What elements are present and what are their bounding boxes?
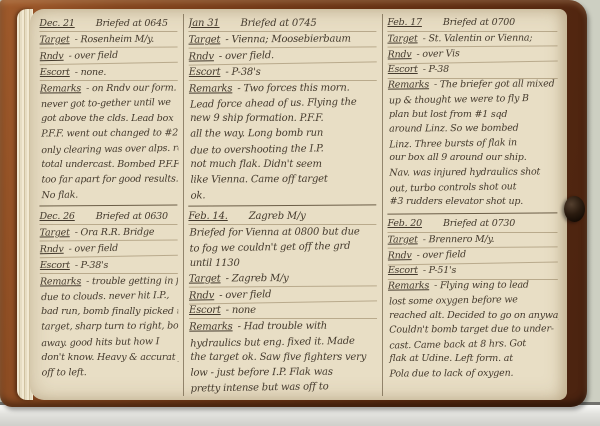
entry-field-line: Escort- none: [189, 303, 377, 319]
field-label: Remarks: [189, 322, 233, 333]
entry-text-line: total undercast. Bombed P.F.F.; boxes: [40, 157, 178, 172]
field-text: - over Vis: [416, 48, 459, 60]
field-text: No flak.: [42, 190, 79, 202]
entry-text-line: the target ok. Saw five fighters very: [189, 350, 377, 365]
entry-text-line: lost some oxygen before we: [388, 292, 558, 310]
field-label: Rndv: [189, 290, 214, 301]
entry-text-line: bad run, bomb finally picked up: [40, 304, 178, 319]
field-text: pretty intense but was off to: [190, 382, 328, 395]
field-text: #3 rudders elevator shot up.: [390, 196, 524, 207]
entry-text-line: got above the clds. Lead box: [40, 111, 178, 126]
field-text: Briefed for Vienna at 0800 but due: [189, 227, 359, 239]
entry-text-line: not much flak. Didn't seem: [189, 157, 377, 172]
field-text: the target ok. Saw five fighters very: [190, 352, 366, 363]
entry-text-line: target, sharp turn to right, bombs: [40, 319, 178, 335]
entry-header-line: Feb. 20Briefed at 0730: [387, 217, 557, 233]
field-text: too far apart for good results.: [41, 173, 178, 185]
journal-entry: Dec. 26Briefed at 0630Target- Ora R.R. B…: [39, 205, 178, 381]
entry-text-line: out, turbo controls shot out: [388, 179, 558, 197]
field-text: Briefed at 0730: [443, 218, 515, 229]
field-label: Remarks: [388, 280, 429, 291]
field-label: Escort: [388, 64, 418, 75]
cover-snap: [564, 196, 585, 222]
field-text: - over field: [69, 243, 119, 255]
field-text: Couldn't bomb target due to under-: [389, 323, 554, 335]
field-text: Briefed at 0700: [443, 17, 515, 28]
entry-text-line: too far apart for good results.: [40, 171, 178, 187]
entry-text-line: Couldn't bomb target due to under-: [388, 322, 558, 338]
entry-text-line: pretty intense but was off to: [189, 379, 377, 396]
field-text: - trouble getting in form.: [86, 275, 178, 287]
journal-column: Dec. 21Briefed at 0645Target- Rosenheim …: [35, 14, 183, 396]
field-text: around Linz. So we bombed: [389, 123, 518, 135]
field-text: never got to-gether until we: [41, 97, 171, 110]
field-text: cast. Came back at 8 hrs. Got: [389, 338, 526, 351]
entry-text-line: Pola due to lack of oxygen.: [388, 366, 558, 382]
entry-text-line: P.F.F. went out changed to #2: [40, 126, 178, 142]
entry-text-line: due to overshooting the I.P.: [189, 140, 377, 158]
entry-text-line: #3 rudders elevator shot up.: [389, 195, 559, 210]
entry-header-line: Jan 31Briefed at 0745: [188, 16, 376, 32]
field-text: out, turbo controls shot out: [389, 181, 516, 194]
field-label: Escort: [388, 265, 418, 276]
field-label: Rndv: [388, 250, 412, 261]
field-text: - Rosenheim M/y.: [75, 34, 154, 46]
field-label: Escort: [189, 67, 221, 78]
field-text: - The briefer got all mixed: [434, 79, 554, 91]
entry-text-line: Lead force ahead of us. Flying the: [189, 94, 377, 112]
field-text: - Had trouble with: [238, 321, 327, 333]
field-text: - over field: [68, 50, 118, 62]
journal-entry: Feb. 14.Zagreb M/yBriefed for Vienna at …: [188, 205, 377, 396]
field-text: Briefed at 0630: [96, 211, 168, 222]
journal-entry: Jan 31Briefed at 0745Target- Vienna; Moo…: [188, 15, 377, 203]
field-label: Target: [188, 35, 220, 46]
field-label: Dec. 26: [39, 211, 74, 222]
entry-text-line: due to clouds. never hit I.P.,: [40, 288, 178, 306]
field-text: to fog we couldn't get off the grd: [189, 241, 350, 255]
entry-text-line: plan but lost from #1 sqd: [388, 108, 558, 123]
field-text: total undercast. Bombed P.F.F.; boxes: [41, 159, 178, 170]
journal-entry: Feb. 20Briefed at 0730Target- Brennero M…: [387, 212, 558, 382]
field-text: due to clouds. never hit I.P.,: [41, 290, 169, 303]
entry-header-line: Dec. 21Briefed at 0645: [39, 16, 177, 32]
entry-field-line: Escort- P-38: [388, 63, 558, 79]
field-text: not much flak. Didn't seem: [190, 159, 321, 170]
field-label: Remarks: [40, 83, 81, 94]
entry-text-line: never got to-gether until we: [40, 95, 178, 113]
entry-text-line: No flak.: [40, 186, 178, 204]
entry-field-line: Rndv- over field: [40, 47, 178, 66]
field-text: - P-38: [423, 64, 449, 75]
entry-header-line: Feb. 17Briefed at 0700: [387, 16, 557, 32]
field-text: Zagreb M/y: [249, 211, 306, 222]
field-text: all the way. Long bomb run: [190, 128, 323, 140]
field-text: - over field: [417, 249, 467, 261]
journal-entry: Dec. 21Briefed at 0645Target- Rosenheim …: [39, 16, 178, 203]
field-text: low - just before I.P. Flak was: [190, 367, 332, 379]
entry-field-line: Rndv- over field.: [189, 47, 377, 66]
field-text: up & thought we were to fly B: [389, 93, 529, 106]
field-text: Nav. was injured hydraulics shot: [389, 166, 540, 178]
field-text: ok.: [191, 190, 206, 201]
entry-text-line: our box all 9 around our ship.: [388, 151, 558, 166]
field-label: Rndv: [40, 244, 64, 255]
field-text: bad run, bomb finally picked up: [41, 306, 178, 317]
entry-field-line: Remarks- Flying wing to lead: [388, 279, 558, 295]
entry-field-line: Escort- none.: [40, 65, 178, 81]
field-text: - none: [226, 305, 256, 316]
entry-field-line: Escort- P-51's: [388, 264, 558, 280]
field-text: - P-38's: [225, 67, 260, 78]
entry-text-line: Nav. was injured hydraulics shot: [388, 165, 558, 181]
field-text: - Brennero M/y.: [423, 233, 495, 244]
entry-text-line: flak at Udine. Left form. at: [388, 352, 558, 367]
field-text: - over field.: [219, 51, 274, 63]
entry-text-line: cast. Came back at 8 hrs. Got: [388, 336, 558, 354]
entry-field-line: Rndv- over field: [388, 246, 558, 265]
field-label: Escort: [40, 260, 70, 271]
journal-entry: Feb. 17Briefed at 0700Target- St. Valent…: [387, 15, 558, 210]
entry-text-line: to fog we couldn't get off the grd: [188, 239, 376, 257]
field-label: Rndv: [387, 49, 411, 60]
field-label: Target: [388, 234, 418, 245]
entry-header-line: Dec. 26Briefed at 0630: [39, 209, 177, 225]
entry-text-line: until 1130: [189, 256, 377, 271]
entry-text-line: away. good hits but how I: [40, 334, 178, 352]
field-text: Linz. Three bursts of flak in: [389, 137, 517, 150]
entry-field-line: Escort- P-38's: [189, 65, 377, 81]
journal-columns: Dec. 21Briefed at 0645Target- Rosenheim …: [35, 14, 563, 396]
field-text: - P-51's: [423, 265, 456, 276]
field-label: Feb. 20: [387, 218, 422, 229]
field-text: target, sharp turn to right, bombs: [41, 321, 178, 333]
field-text: - St. Valentin or Vienna;: [423, 32, 533, 44]
field-text: plan but lost from #1 sqd: [389, 109, 507, 120]
field-label: Escort: [189, 305, 221, 316]
field-label: Rndv: [189, 52, 214, 63]
field-text: Lead force ahead of us. Flying the: [190, 97, 357, 111]
entry-text-line: hydraulics but eng. fixed it. Made: [189, 333, 377, 351]
entry-text-line: ok.: [189, 185, 377, 203]
field-label: Target: [189, 273, 221, 284]
field-label: Remarks: [189, 83, 233, 94]
field-label: Target: [387, 33, 417, 44]
field-text: P.F.F. went out changed to #2: [41, 128, 178, 140]
entry-field-line: Rndv- over field: [40, 240, 178, 259]
field-label: Target: [39, 34, 69, 45]
field-text: hydraulics but eng. fixed it. Made: [190, 336, 355, 350]
field-text: like Vienna. Came off target: [190, 174, 327, 186]
field-text: Pola due to lack of oxygen.: [389, 367, 513, 379]
notebook-photo: Dec. 21Briefed at 0645Target- Rosenheim …: [0, 0, 600, 426]
field-text: off to left.: [42, 367, 87, 378]
field-text: - Vienna; Moosebierbaum: [225, 34, 351, 46]
field-text: flak at Udine. Left form. at: [389, 353, 512, 364]
field-text: - Ora R.R. Bridge: [75, 227, 155, 239]
field-text: reached alt. Decided to go on anyway.: [389, 309, 558, 320]
entry-text-line: off to left.: [41, 365, 179, 381]
field-text: Briefed at 0745: [241, 18, 317, 29]
journal-column: Jan 31Briefed at 0745Target- Vienna; Moo…: [183, 14, 382, 396]
field-text: - Zagreb M/y: [226, 273, 289, 284]
field-text: - P-38's: [75, 260, 108, 271]
field-text: - Two forces this morn.: [237, 82, 349, 94]
entry-text-line: up & thought we were to fly B: [388, 91, 558, 109]
field-label: Feb. 17: [387, 17, 422, 28]
entry-field-line: Rndv- over Vis: [387, 46, 557, 65]
field-label: Remarks: [388, 80, 429, 91]
field-text: don't know. Heavy & accurat flak: [41, 352, 178, 363]
entry-text-line: reached alt. Decided to go on anyway.: [388, 308, 558, 323]
field-label: Jan 31: [188, 18, 219, 29]
entry-text-line: don't know. Heavy & accurat flak: [40, 350, 178, 365]
field-text: got above the clds. Lead box: [41, 113, 173, 124]
field-text: until 1130: [190, 258, 240, 269]
field-label: Remarks: [40, 276, 81, 287]
field-text: lost some oxygen before we: [389, 294, 518, 307]
field-text: Briefed at 0645: [96, 18, 168, 29]
field-text: our box all 9 around our ship.: [389, 152, 526, 163]
field-text: - Flying wing to lead: [434, 280, 529, 292]
journal-column: Feb. 17Briefed at 0700Target- St. Valent…: [382, 14, 563, 396]
field-text: - on Rndv our form.: [86, 82, 176, 94]
entry-field-line: Remarks- on Rndv our form.: [40, 80, 178, 96]
field-text: away. good hits but how I: [41, 336, 159, 349]
field-text: new 9 ship formation. P.F.F.: [190, 113, 323, 124]
field-label: Target: [40, 228, 70, 239]
field-label: Escort: [40, 67, 70, 78]
field-label: Rndv: [40, 51, 64, 62]
entry-field-line: Escort- P-38's: [40, 258, 178, 274]
entry-text-line: all the way. Long bomb run: [189, 126, 377, 142]
field-label: Dec. 21: [39, 18, 74, 29]
journal-page: Dec. 21Briefed at 0645Target- Rosenheim …: [30, 9, 567, 400]
entry-header-line: Feb. 14.Zagreb M/y: [188, 209, 376, 225]
field-text: - none.: [75, 67, 106, 78]
entry-text-line: the right, flak bursts over left,: [190, 395, 378, 396]
entry-text-line: new 9 ship formation. P.F.F.: [189, 111, 377, 126]
field-text: only clearing was over alps. rest: [41, 142, 178, 156]
field-text: due to overshooting the I.P.: [190, 143, 324, 156]
field-label: Feb. 14.: [188, 211, 227, 222]
field-text: - over field: [219, 289, 271, 301]
entry-text-line: only clearing was over alps. rest: [40, 140, 178, 158]
